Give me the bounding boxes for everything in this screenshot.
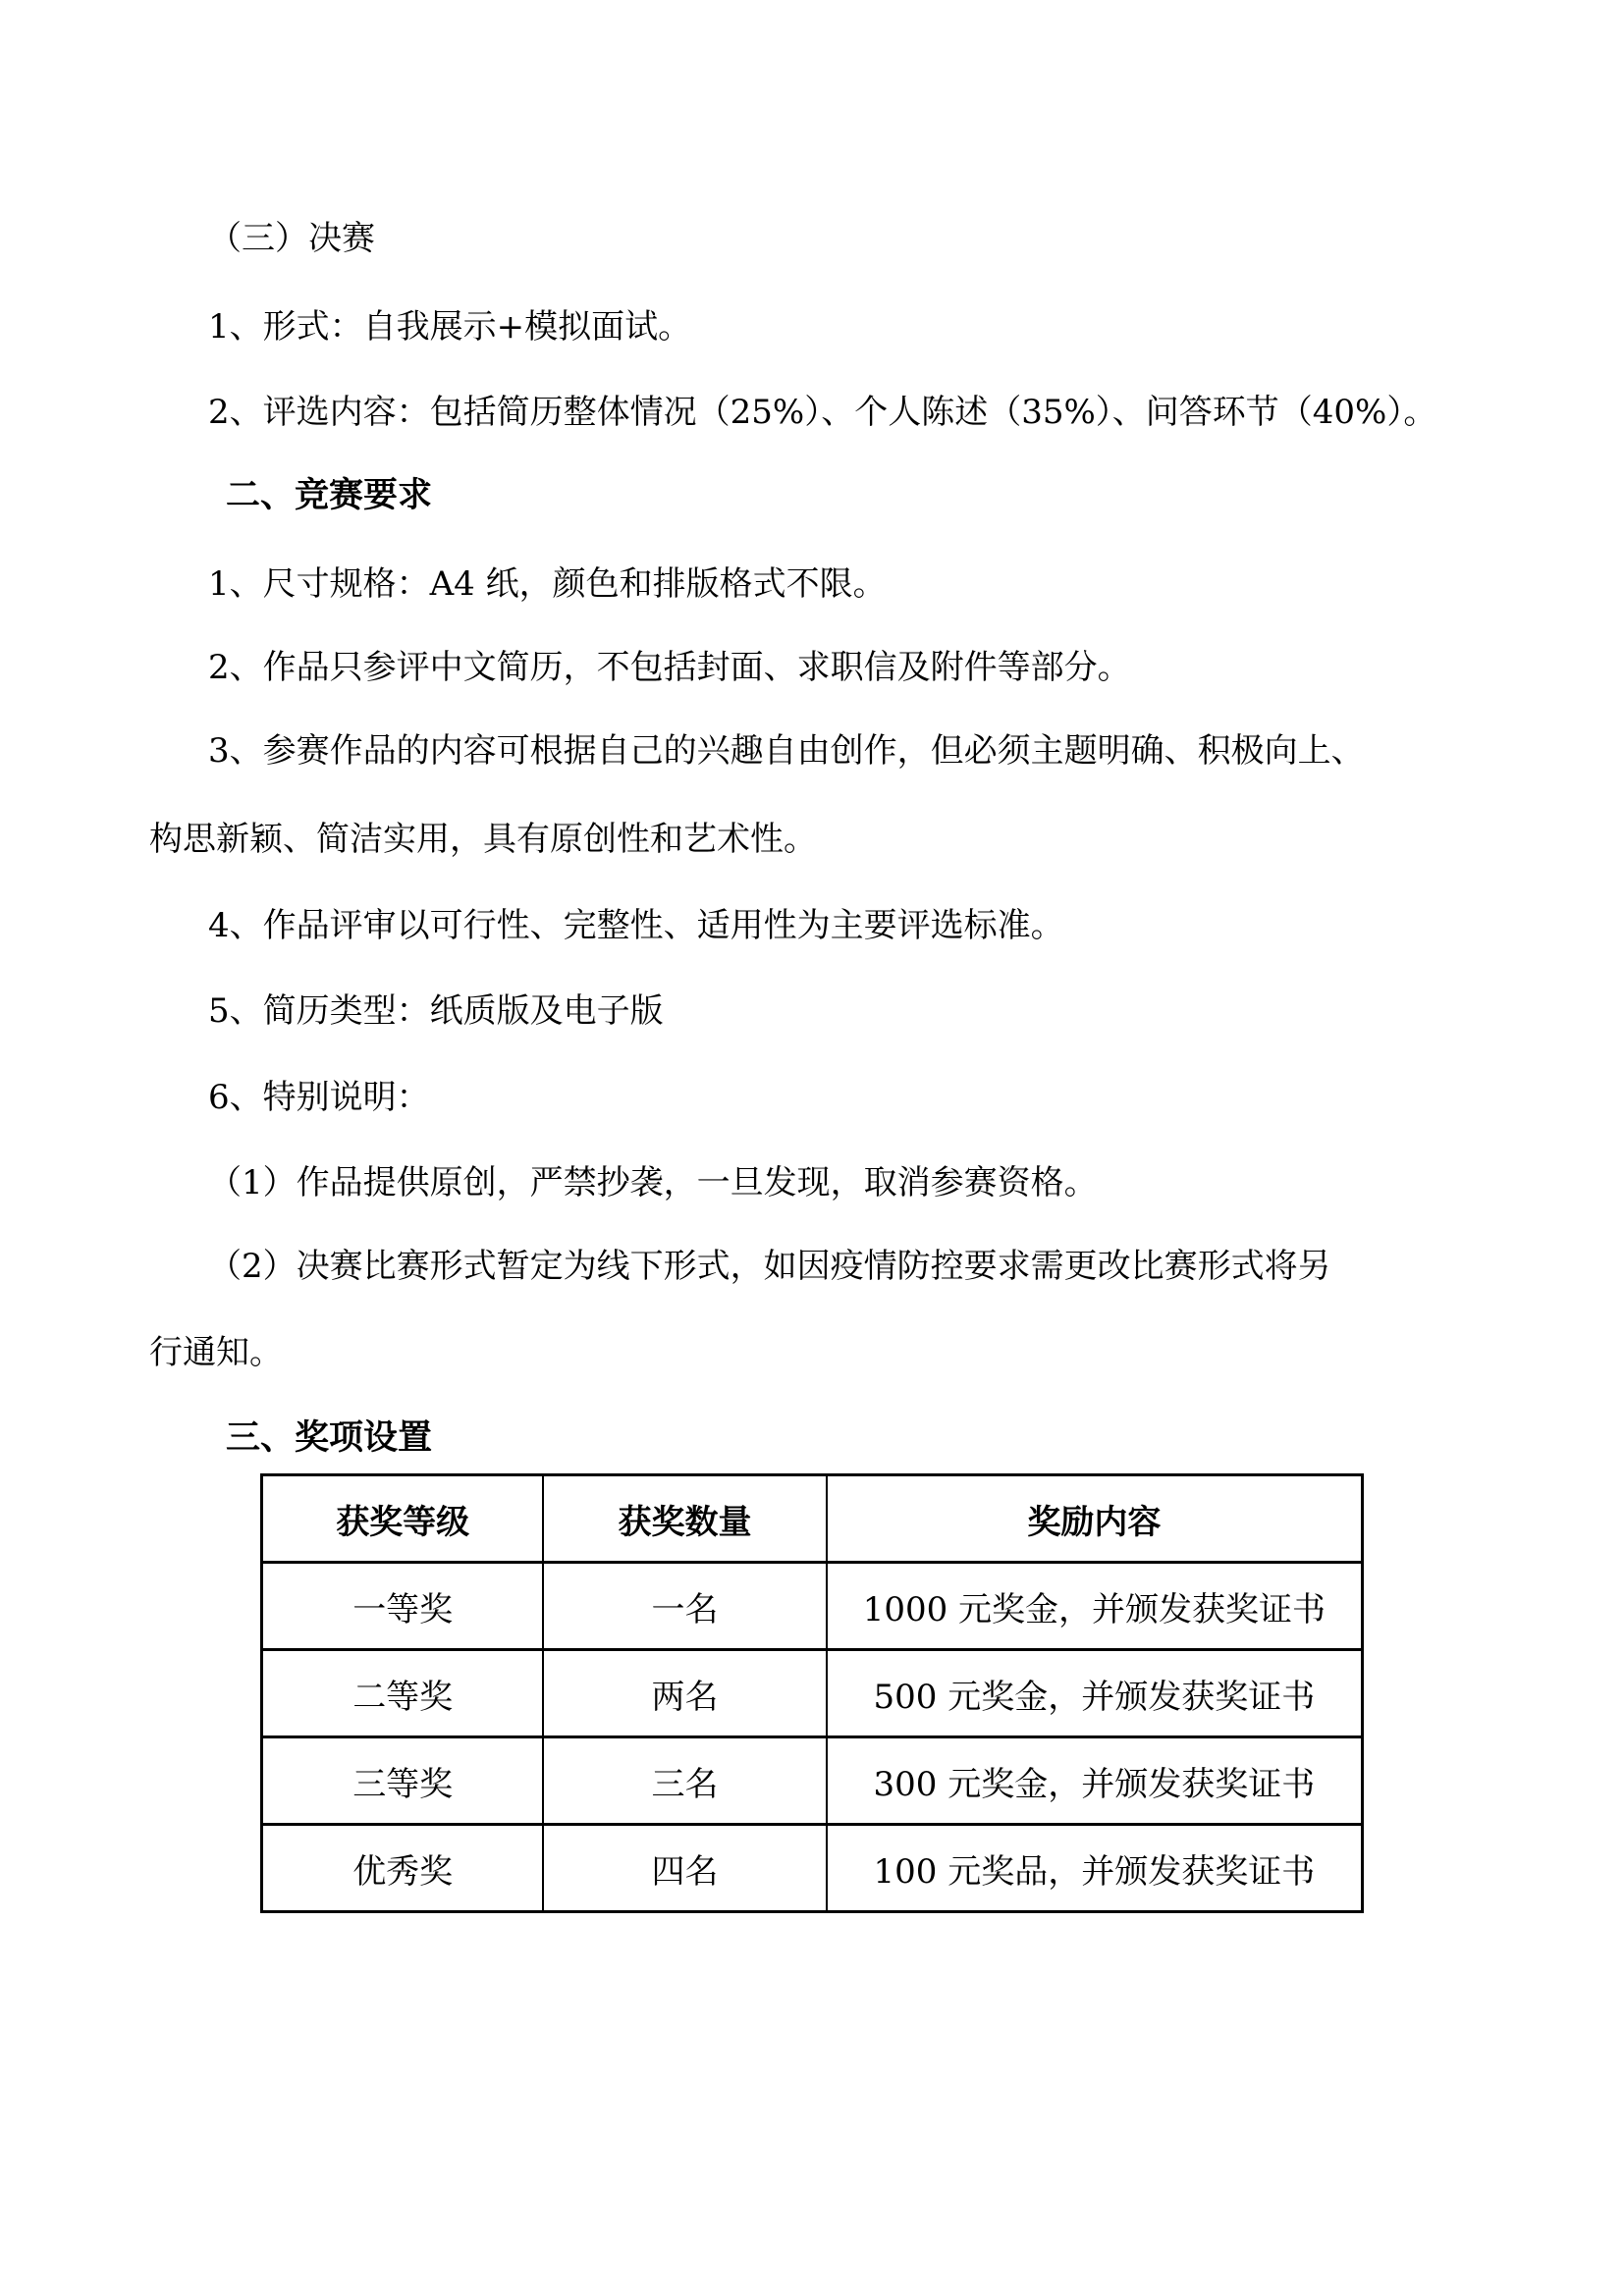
requirements-heading: 二、竞赛要求 xyxy=(226,474,432,517)
final-round-heading: （三）决赛 xyxy=(208,217,375,260)
award-reward: 500 元奖金，并颁发获奖证书 xyxy=(827,1650,1363,1737)
award-count: 两名 xyxy=(543,1650,826,1737)
award-level: 优秀奖 xyxy=(262,1825,544,1912)
requirement-item-2: 2、作品只参评中文简历，不包括封面、求职信及附件等部分。 xyxy=(208,646,1131,689)
award-level: 三等奖 xyxy=(262,1737,544,1825)
requirement-item-5: 5、简历类型：纸质版及电子版 xyxy=(208,989,664,1033)
award-reward: 100 元奖品，并颁发获奖证书 xyxy=(827,1825,1363,1912)
requirement-item-1: 1、尺寸规格：A4 纸，颜色和排版格式不限。 xyxy=(208,562,887,606)
award-count: 三名 xyxy=(543,1737,826,1825)
award-level: 一等奖 xyxy=(262,1563,544,1650)
table-row: 优秀奖 四名 100 元奖品，并颁发获奖证书 xyxy=(262,1825,1363,1912)
final-round-item-format: 1、形式：自我展示+模拟面试。 xyxy=(208,305,691,348)
table-row: 三等奖 三名 300 元奖金，并颁发获奖证书 xyxy=(262,1737,1363,1825)
special-note-1: （1）作品提供原创，严禁抄袭，一旦发现，取消参赛资格。 xyxy=(208,1161,1098,1204)
col-header-count: 获奖数量 xyxy=(543,1475,826,1563)
table-row: 二等奖 两名 500 元奖金，并颁发获奖证书 xyxy=(262,1650,1363,1737)
special-note-2: （2）决赛比赛形式暂定为线下形式，如因疫情防控要求需更改比赛形式将另 xyxy=(208,1245,1331,1288)
award-level: 二等奖 xyxy=(262,1650,544,1737)
requirement-item-3-cont: 构思新颖、简洁实用，具有原创性和艺术性。 xyxy=(149,818,817,861)
requirement-item-3: 3、参赛作品的内容可根据自己的兴趣自由创作，但必须主题明确、积极向上、 xyxy=(208,729,1365,773)
award-count: 一名 xyxy=(543,1563,826,1650)
requirement-item-6: 6、特别说明： xyxy=(208,1076,430,1119)
awards-heading: 三、奖项设置 xyxy=(226,1416,432,1460)
awards-table: 获奖等级 获奖数量 奖励内容 一等奖 一名 1000 元奖金，并颁发获奖证书 二… xyxy=(260,1473,1364,1913)
requirement-item-4: 4、作品评审以可行性、完整性、适用性为主要评选标准。 xyxy=(208,904,1064,947)
col-header-reward: 奖励内容 xyxy=(827,1475,1363,1563)
final-round-item-criteria: 2、评选内容：包括简历整体情况（25%）、个人陈述（35%）、问答环节（40%）… xyxy=(208,391,1436,434)
col-header-level: 获奖等级 xyxy=(262,1475,544,1563)
award-count: 四名 xyxy=(543,1825,826,1912)
award-reward: 1000 元奖金，并颁发获奖证书 xyxy=(827,1563,1363,1650)
special-note-2-cont: 行通知。 xyxy=(149,1331,283,1374)
table-header-row: 获奖等级 获奖数量 奖励内容 xyxy=(262,1475,1363,1563)
table-row: 一等奖 一名 1000 元奖金，并颁发获奖证书 xyxy=(262,1563,1363,1650)
award-reward: 300 元奖金，并颁发获奖证书 xyxy=(827,1737,1363,1825)
